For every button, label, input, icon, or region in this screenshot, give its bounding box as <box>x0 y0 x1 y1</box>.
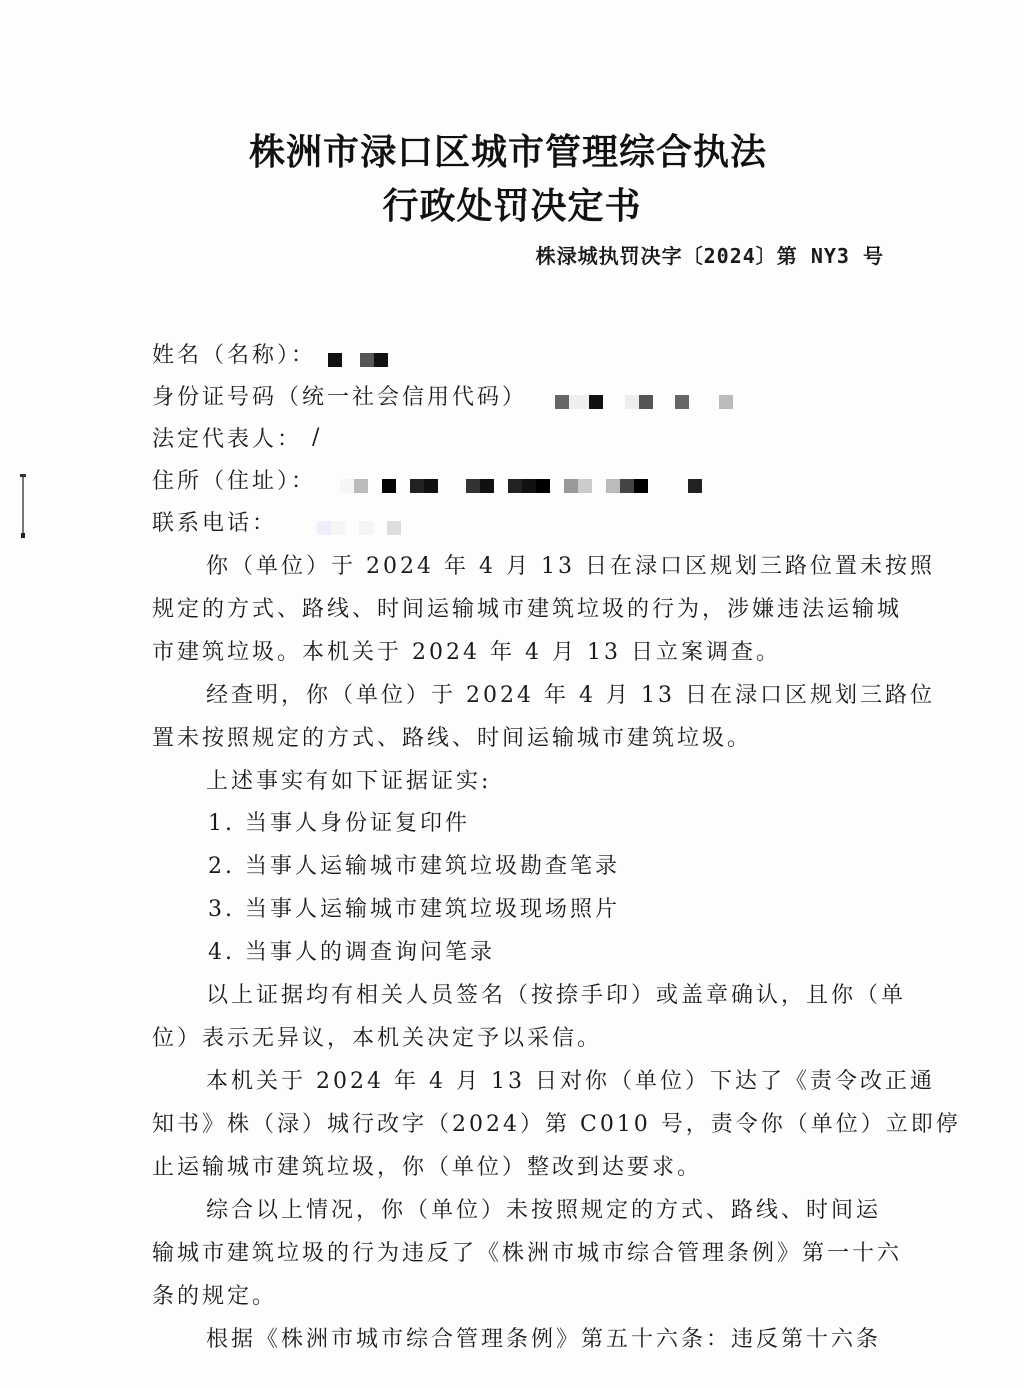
party-id-label: 身份证号码（统一社会信用代码） <box>152 380 527 411</box>
paragraph-5-line-2: 输城市建筑垃圾的行为违反了《株洲市城市综合管理条例》第一十六 <box>152 1236 902 1267</box>
document-number: 株渌城执罚决字〔2024〕第 NY3 号 <box>536 240 884 269</box>
paragraph-3-line-2: 位）表示无异议，本机关决定予以采信。 <box>152 1021 602 1052</box>
party-id-redacted <box>555 389 733 403</box>
address-label: 住所（住址）： <box>152 464 316 495</box>
party-id-row: 身份证号码（统一社会信用代码） <box>152 380 733 411</box>
document-title-line2: 行政处罚决定书 <box>0 178 1024 229</box>
paragraph-6-line-1: 根据《株洲市城市综合管理条例》第五十六条：违反第十六条 <box>206 1322 881 1353</box>
evidence-intro: 上述事实有如下证据证实: <box>206 764 491 795</box>
paragraph-2-line-1: 经查明，你（单位）于 2024 年 4 月 13 日在渌口区规划三路位 <box>206 678 935 709</box>
margin-binding-mark <box>22 476 24 534</box>
paragraph-1-line-1: 你（单位）于 2024 年 4 月 13 日在渌口区规划三路位置未按照 <box>206 549 935 580</box>
document-page: 株洲市渌口区城市管理综合执法 行政处罚决定书 株渌城执罚决字〔2024〕第 NY… <box>0 0 1024 1388</box>
paragraph-5-line-1: 综合以上情况，你（单位）未按照规定的方式、路线、时间运 <box>206 1193 881 1224</box>
paragraph-4-line-3: 止运输城市建筑垃圾，你（单位）整改到达要求。 <box>152 1150 702 1181</box>
paragraph-5-line-3: 条的规定。 <box>152 1279 277 1310</box>
document-title-line1: 株洲市渌口区城市管理综合执法 <box>0 124 1020 175</box>
legal-rep-value: / <box>312 425 322 450</box>
paragraph-1-line-2: 规定的方式、路线、时间运输城市建筑垃圾的行为，涉嫌违法运输城 <box>152 592 902 623</box>
party-name-row: 姓名（名称）： <box>152 338 388 369</box>
paragraph-3-line-1: 以上证据均有相关人员签名（按捺手印）或盖章确认，且你（单 <box>206 978 906 1009</box>
paragraph-1-line-3: 市建筑垃圾。本机关于 2024 年 4 月 13 日立案调查。 <box>152 635 781 666</box>
party-name-redacted <box>328 347 388 361</box>
evidence-item-2: 2. 当事人运输城市建筑垃圾勘查笔录 <box>208 849 620 880</box>
party-name-label: 姓名（名称）： <box>152 338 316 369</box>
evidence-item-4: 4. 当事人的调查询问笔录 <box>208 935 495 966</box>
paragraph-2-line-2: 置未按照规定的方式、路线、时间运输城市建筑垃圾。 <box>152 721 752 752</box>
legal-rep-label: 法定代表人： <box>152 422 302 453</box>
paragraph-4-line-1: 本机关于 2024 年 4 月 13 日对你（单位）下达了《责令改正通 <box>206 1064 935 1095</box>
address-redacted <box>340 473 702 487</box>
phone-redacted <box>317 515 401 529</box>
paragraph-4-line-2: 知书》株（渌）城行改字（2024）第 C010 号，责令你（单位）立即停 <box>152 1107 961 1138</box>
evidence-item-3: 3. 当事人运输城市建筑垃圾现场照片 <box>208 892 620 923</box>
phone-row: 联系电话： <box>152 506 401 537</box>
address-row: 住所（住址）： <box>152 464 702 495</box>
legal-rep-row: 法定代表人： / <box>152 422 322 453</box>
evidence-item-1: 1. 当事人身份证复印件 <box>208 806 470 837</box>
phone-label: 联系电话： <box>152 506 277 537</box>
